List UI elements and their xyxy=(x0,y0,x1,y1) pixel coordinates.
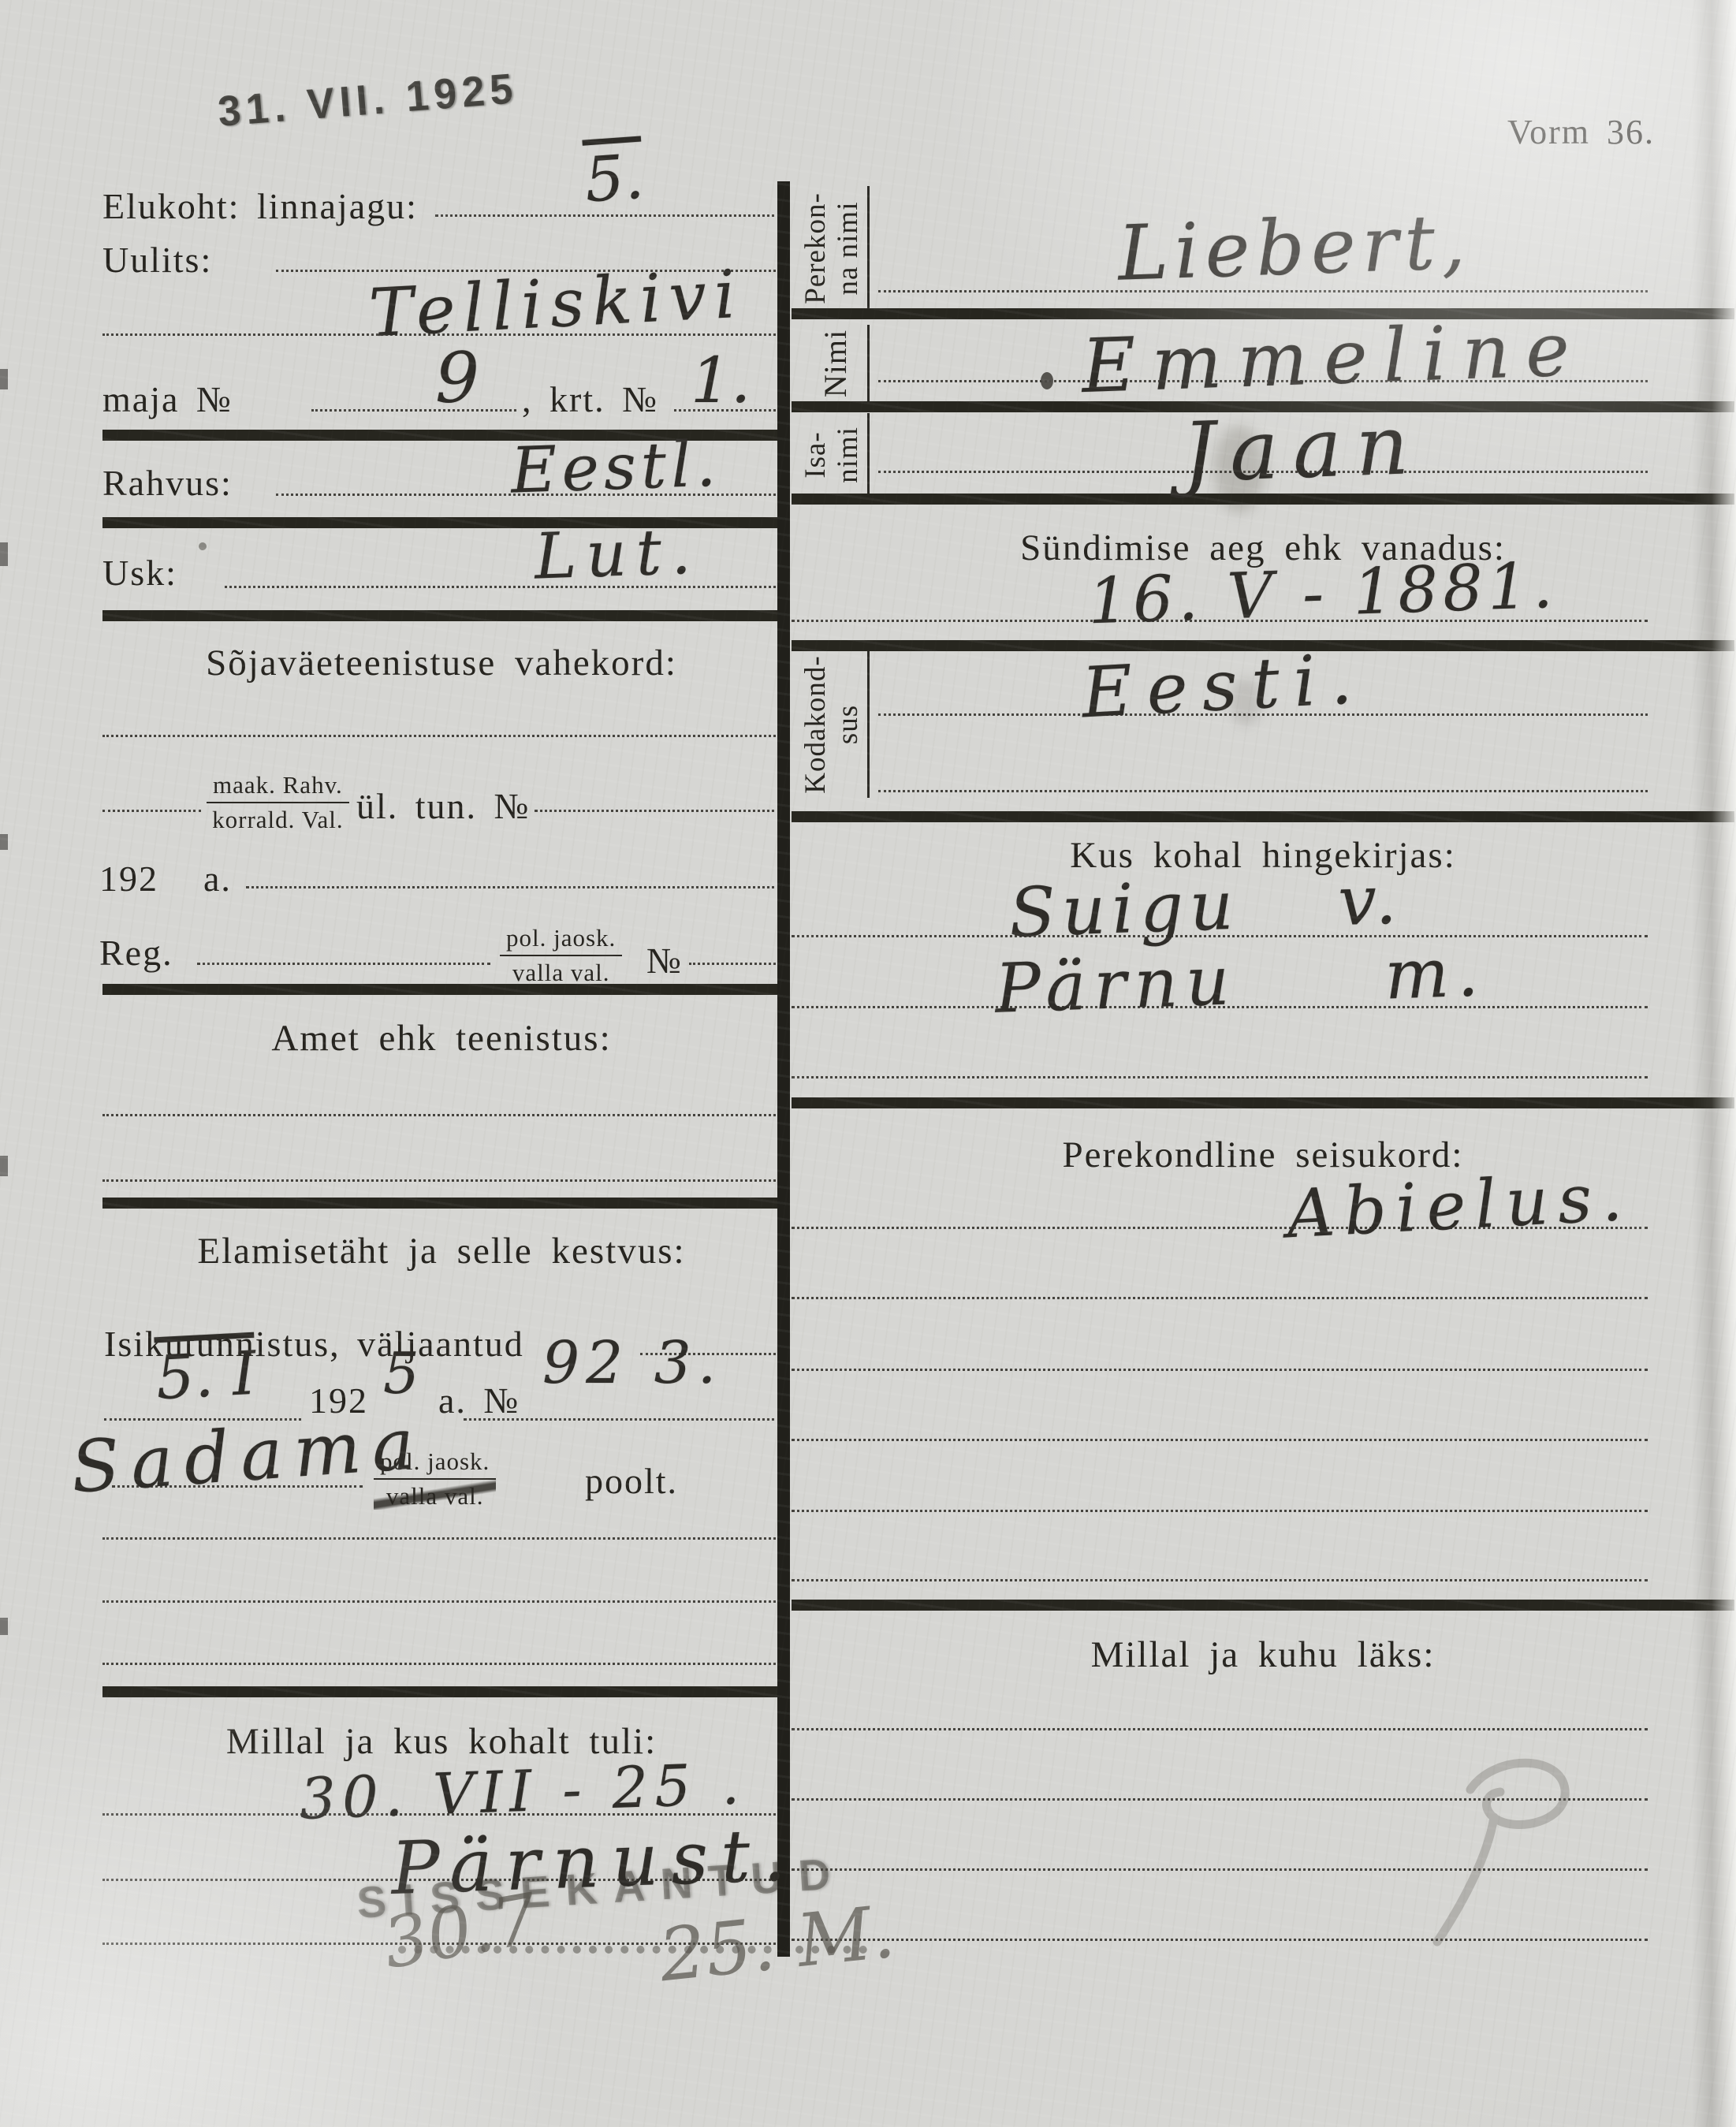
registry-value-line2: Pärnu m. xyxy=(993,933,1488,1029)
section-rule xyxy=(102,610,780,621)
citizenship-value: Eesti. xyxy=(1080,638,1369,734)
label-cell-line xyxy=(867,413,870,497)
ink-speck xyxy=(199,542,207,550)
house-label: maja № xyxy=(102,378,233,420)
section-rule xyxy=(792,811,1734,822)
date-stamp: 31. VII. 1925 xyxy=(216,64,520,136)
id-year-value: 5 xyxy=(383,1340,419,1406)
label-cell-line xyxy=(867,325,870,402)
left-edge-mark xyxy=(0,1156,8,1176)
fraction-top: maak. Rahv. xyxy=(207,771,349,803)
fraction-top: pol. jaosk. xyxy=(500,924,622,956)
father-value: Jaan xyxy=(1181,397,1425,501)
dotted-line xyxy=(689,963,780,965)
id-date-value: 5. I xyxy=(155,1338,258,1414)
fraction-bottom: valla val. xyxy=(500,956,622,987)
citizenship-label: Kodakond- sus xyxy=(795,651,869,798)
apartment-value: 1. xyxy=(691,344,751,417)
surname-label: Perekon- na nimi xyxy=(795,184,869,312)
occupation-heading: Amet ehk teenistus: xyxy=(102,1017,780,1060)
surname-label-cell: Perekon- na nimi xyxy=(795,184,869,312)
firstname-label-cell: Nimi xyxy=(806,325,866,402)
street-label: Uulits: xyxy=(102,239,212,281)
dotted-line xyxy=(102,735,780,737)
residence-label: Elukoht: linnajagu: xyxy=(102,185,418,227)
nationality-label: Rahvus: xyxy=(102,462,233,504)
section-rule xyxy=(792,1097,1734,1108)
dotted-line xyxy=(792,1369,1648,1371)
father-label: Isa- nimi xyxy=(795,413,869,497)
registration-card: 31. VII. 1925 Vorm 36. Elukoht: linnajag… xyxy=(0,0,1736,2127)
reg-no-label: № xyxy=(646,940,683,982)
dotted-line xyxy=(102,1114,780,1116)
religion-value: Lut. xyxy=(533,514,701,593)
surname-value: Liebert, xyxy=(1116,197,1473,298)
dotted-line xyxy=(792,1510,1648,1512)
birth-value: 16. V - 1881. xyxy=(1087,549,1559,639)
left-edge-mark xyxy=(0,369,8,389)
dotted-line xyxy=(792,1579,1648,1581)
dotted-line xyxy=(102,1537,780,1540)
dotted-line xyxy=(792,1297,1648,1299)
left-edge-mark xyxy=(0,542,8,566)
column-divider xyxy=(777,181,790,1957)
reg-authority-fraction: pol. jaosk. valla val. xyxy=(500,924,622,986)
id-number-value: 92 3. xyxy=(542,1329,722,1397)
dotted-line xyxy=(311,409,516,412)
dotted-line xyxy=(792,1728,1648,1730)
citizenship-label-cell: Kodakond- sus xyxy=(795,651,869,798)
fraction-bottom: korrald. Val. xyxy=(207,803,349,834)
apartment-label: , krt. № xyxy=(522,378,658,420)
dotted-line xyxy=(246,886,780,888)
left-edge-mark xyxy=(0,834,8,850)
label-cell-line xyxy=(867,651,870,798)
firstname-value: Emmeline xyxy=(1080,307,1586,410)
nationality-value: Eestl. xyxy=(509,427,721,507)
dotted-line xyxy=(878,790,1648,792)
father-label-cell: Isa- nimi xyxy=(795,413,869,497)
section-rule xyxy=(102,1686,780,1697)
id-poolt-label: poolt. xyxy=(585,1460,678,1502)
year-suffix: a. xyxy=(203,858,232,900)
label-cell-line xyxy=(867,186,870,311)
religion-label: Usk: xyxy=(102,552,177,594)
dotted-line xyxy=(102,1179,780,1182)
right-page-edge xyxy=(1692,0,1736,2127)
left-edge-mark xyxy=(0,1618,8,1635)
dotted-line xyxy=(792,1439,1648,1441)
dotted-line xyxy=(197,963,490,965)
section-rule xyxy=(102,984,780,995)
section-rule xyxy=(792,1600,1734,1611)
residence-value: 5. xyxy=(583,142,646,217)
dotted-line xyxy=(102,1600,780,1603)
dotted-line xyxy=(102,1663,780,1665)
departure-heading: Millal ja kuhu läks: xyxy=(792,1633,1734,1676)
dotted-line xyxy=(535,810,780,812)
section-rule xyxy=(102,1198,780,1209)
dotted-line xyxy=(102,810,201,812)
reg-label: Reg. xyxy=(99,932,173,974)
military-authority-fraction: maak. Rahv. korrald. Val. xyxy=(207,771,349,833)
permit-heading: Elamisetäht ja selle kestvus: xyxy=(102,1230,780,1272)
year-prefix: 192 xyxy=(99,858,158,900)
house-value: 9 xyxy=(435,337,479,419)
military-heading: Sõjaväeteenistuse vahekord: xyxy=(102,642,780,684)
id-year-suffix: a. № xyxy=(438,1380,520,1421)
firstname-label: Nimi xyxy=(806,325,866,402)
pencil-scribble xyxy=(1399,1746,1589,1959)
form-number: Vorm 36. xyxy=(1507,112,1655,152)
military-suffix-label: ül. tun. № xyxy=(356,785,530,827)
dotted-line xyxy=(792,1076,1648,1078)
